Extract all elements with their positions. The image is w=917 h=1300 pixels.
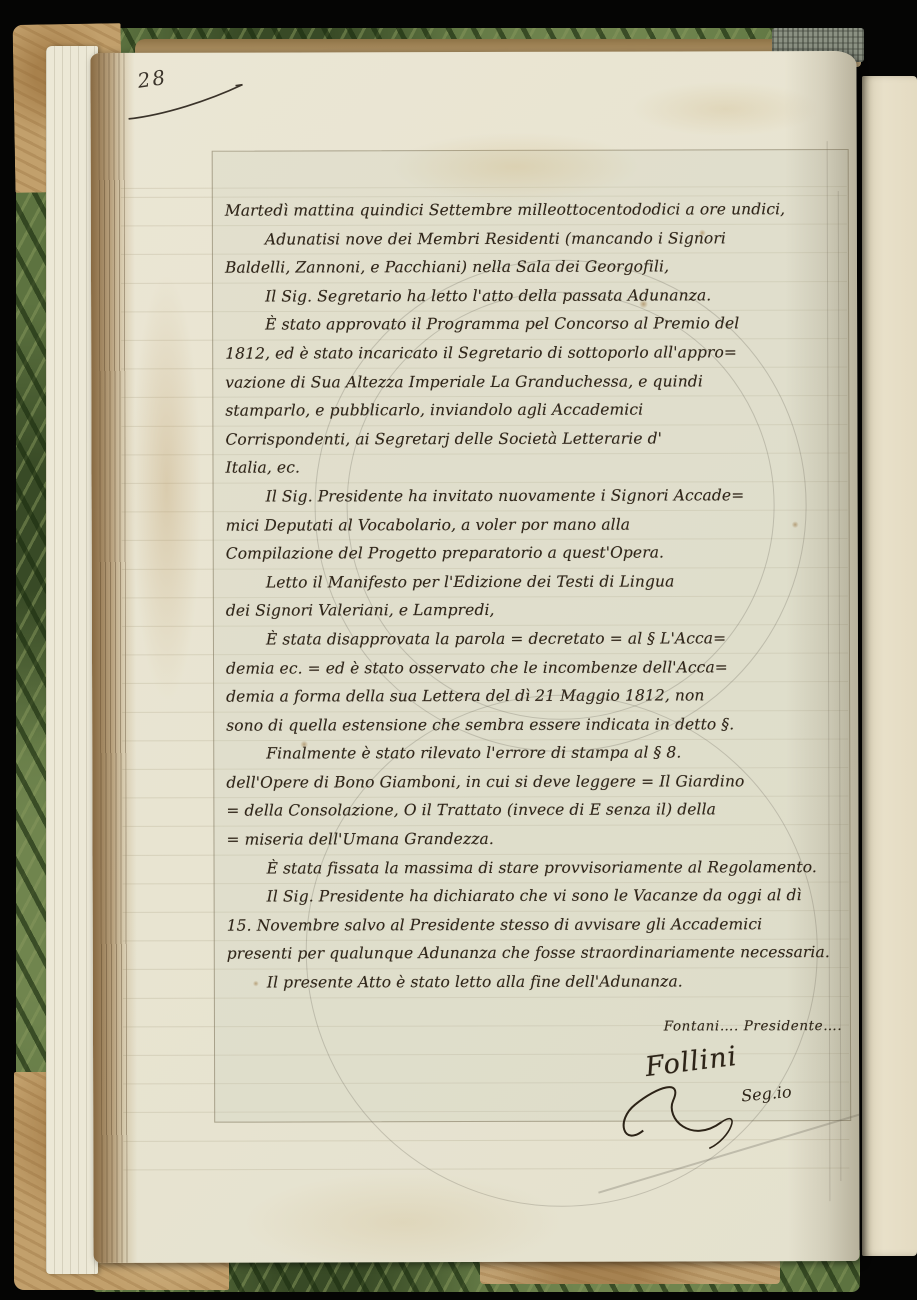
manuscript-line: Il presente Atto è stato letto alla fine… — [227, 967, 839, 997]
manuscript-line: Adunatisi nove dei Membri Residenti (man… — [225, 224, 837, 254]
manuscript-text: Martedì mattina quindici Settembre mille… — [225, 195, 839, 997]
manuscript-photo: 28 Martedì mattina quindici Settembre mi… — [0, 0, 917, 1300]
manuscript-line: Italia, ec. — [225, 452, 837, 482]
signature-block: Fontani…. Presidente…. Follini Seg.io — [613, 1017, 860, 1133]
manuscript-line: presenti per qualunque Adunanza che foss… — [227, 938, 839, 968]
manuscript-line: mici Deputati al Vocabolario, a voler po… — [226, 510, 838, 540]
manuscript-line: Il Sig. Segretario ha letto l'atto della… — [225, 281, 837, 311]
manuscript-line: Corrispondenti, ai Segretarj delle Socie… — [225, 424, 837, 454]
secretary-title: Seg.io — [741, 1084, 793, 1104]
manuscript-line: demia a forma della sua Lettera del dì 2… — [226, 681, 838, 711]
manuscript-line: sono di quella estensione che sembra ess… — [226, 710, 838, 740]
manuscript-line: dei Signori Valeriani, e Lampredi, — [226, 595, 838, 625]
manuscript-line: Martedì mattina quindici Settembre mille… — [225, 195, 837, 225]
manuscript-line: Baldelli, Zannoni, e Pacchiani) nella Sa… — [225, 252, 837, 282]
paper-stain — [391, 132, 641, 203]
manuscript-line: = della Consolazione, O il Trattato (inv… — [226, 796, 838, 826]
manuscript-line: Il Sig. Presidente ha invitato nuovament… — [226, 481, 838, 511]
manuscript-line: Finalmente è stato rilevato l'errore di … — [226, 738, 838, 768]
manuscript-line: È stato approvato il Programma pel Conco… — [225, 309, 837, 339]
manuscript-line: dell'Opere di Bono Giamboni, in cui si d… — [226, 767, 838, 797]
manuscript-line: = miseria dell'Umana Grandezza. — [226, 824, 838, 854]
manuscript-line: 15. Novembre salvo al Presidente stesso … — [227, 910, 839, 940]
secretary-signature: Follini Seg.io — [613, 1042, 860, 1133]
manuscript-line: È stata disapprovata la parola = decreta… — [226, 624, 838, 654]
worn-cover-patch — [480, 1258, 780, 1284]
manuscript-line: È stata fissata la massima di stare prov… — [227, 853, 839, 883]
manuscript-page: 28 Martedì mattina quindici Settembre mi… — [90, 51, 859, 1263]
manuscript-line: vazione di Sua Altezza Imperiale La Gran… — [225, 367, 837, 397]
manuscript-line: 1812, ed è stato incaricato il Segretari… — [225, 338, 837, 368]
manuscript-line: Il Sig. Presidente ha dichiarato che vi … — [227, 881, 839, 911]
manuscript-line: demia ec. = ed è stato osservato che le … — [226, 653, 838, 683]
page-number-underline-flourish — [124, 75, 254, 125]
adjacent-page-fore-edge — [862, 76, 917, 1256]
manuscript-line: Compilazione del Progetto preparatorio a… — [226, 538, 838, 568]
manuscript-line: Letto il Manifesto per l'Edizione dei Te… — [226, 567, 838, 597]
manuscript-line: stamparlo, e pubblicarlo, inviandolo agl… — [225, 395, 837, 425]
president-signature-line: Fontani…. Presidente…. — [613, 1017, 860, 1037]
